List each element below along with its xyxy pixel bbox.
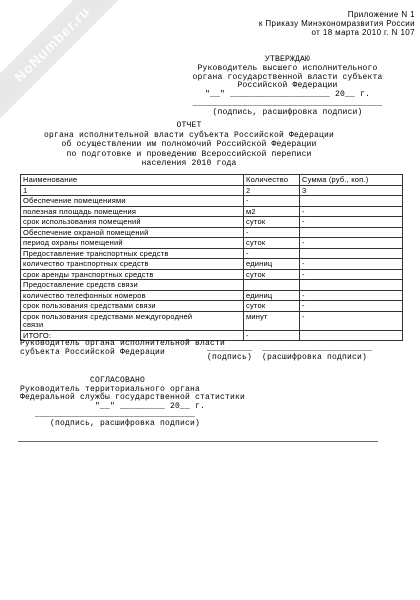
table-cell: - — [244, 227, 300, 238]
table-cell: срок пользования средствами междугородне… — [21, 311, 244, 330]
report-title-line: об осуществлении им полномочий Российско… — [0, 140, 378, 150]
report-table-body: НаименованиеКоличествоСумма (руб., коп.)… — [21, 175, 403, 341]
table-cell: суток — [244, 238, 300, 249]
table-cell: минут — [244, 311, 300, 330]
table-cell: - — [300, 217, 403, 228]
table-cell: - — [300, 206, 403, 217]
table-cell: Сумма (руб., коп.) — [300, 175, 403, 186]
table-cell: единиц — [244, 290, 300, 301]
table-row: 123 — [21, 185, 403, 196]
table-cell: - — [300, 311, 403, 330]
table-cell: - — [300, 259, 403, 270]
report-title-line: по подготовке и проведению Всероссийской… — [0, 150, 378, 160]
table-cell: Обеспечение охраной помещений — [21, 227, 244, 238]
signature-block-line: субъекта Российской Федерации — [20, 349, 225, 358]
table-cell: Предоставление транспортных средств — [21, 248, 244, 259]
report-title: ОТЧЕТоргана исполнительной власти субъек… — [0, 121, 378, 169]
table-cell — [300, 248, 403, 259]
table-row: количество транспортных средствединиц- — [21, 259, 403, 270]
table-cell: - — [300, 238, 403, 249]
table-cell: суток — [244, 269, 300, 280]
appendix-header-line: Приложение N 1 — [259, 10, 415, 19]
table-cell: - — [244, 248, 300, 259]
agreement-block-line: (подпись, расшифровка подписи) — [20, 420, 245, 429]
table-cell: Количество — [244, 175, 300, 186]
signature-sign-area-line: (подпись) (расшифровка подписи) — [207, 354, 372, 363]
table-cell — [300, 196, 403, 207]
table-cell: - — [244, 196, 300, 207]
table-cell: срок аренды транспортных средств — [21, 269, 244, 280]
table-header-row: НаименованиеКоличествоСумма (руб., коп.) — [21, 175, 403, 186]
table-cell: Предоставление средств связи — [21, 280, 244, 291]
table-row: срок пользования средствами междугородне… — [21, 311, 403, 330]
table-row: Предоставление средств связи — [21, 280, 403, 291]
table-cell: Обеспечение помещениями — [21, 196, 244, 207]
signature-sign-area: _________ ______________________(подпись… — [207, 345, 372, 363]
table-cell: суток — [244, 217, 300, 228]
table-cell — [300, 227, 403, 238]
table-cell: Наименование — [21, 175, 244, 186]
agreement-block: СОГЛАСОВАНОРуководитель территориального… — [20, 377, 245, 429]
table-cell: единиц — [244, 259, 300, 270]
table-cell: 1 — [21, 185, 244, 196]
table-cell — [244, 280, 300, 291]
table-cell: м2 — [244, 206, 300, 217]
table-cell: - — [300, 269, 403, 280]
approval-block-line: (подпись, расшифровка подписи) — [135, 109, 420, 118]
table-row: срок использования помещенийсуток- — [21, 217, 403, 228]
report-title-line: населения 2010 года — [0, 159, 378, 169]
report-table: НаименованиеКоличествоСумма (руб., коп.)… — [20, 174, 403, 341]
appendix-header: Приложение N 1к Приказу Минэкономразвити… — [259, 10, 415, 37]
table-row: Предоставление транспортных средств- — [21, 248, 403, 259]
appendix-header-line: к Приказу Минэкономразвития России — [259, 19, 415, 28]
table-row: полезная площадь помещениям2- — [21, 206, 403, 217]
table-cell: период охраны помещений — [21, 238, 244, 249]
table-cell: 2 — [244, 185, 300, 196]
table-cell: количество телефонных номеров — [21, 290, 244, 301]
table-row: Обеспечение охраной помещений- — [21, 227, 403, 238]
table-row: Обеспечение помещениями- — [21, 196, 403, 207]
table-cell: - — [300, 301, 403, 312]
approval-block: УТВЕРЖДАЮРуководитель высшего исполнител… — [135, 56, 420, 118]
table-cell: 3 — [300, 185, 403, 196]
report-title-line: органа исполнительной власти субъекта Ро… — [0, 131, 378, 141]
signature-block: Руководитель органа исполнительной власт… — [20, 340, 225, 358]
table-row: период охраны помещенийсуток- — [21, 238, 403, 249]
table-cell: - — [244, 330, 300, 341]
table-cell: срок пользования средствами связи — [21, 301, 244, 312]
appendix-header-line: от 18 марта 2010 г. N 107 — [259, 28, 415, 37]
table-cell: количество транспортных средств — [21, 259, 244, 270]
table-cell: срок использования помещений — [21, 217, 244, 228]
table-cell: полезная площадь помещения — [21, 206, 244, 217]
bottom-divider — [18, 441, 378, 442]
table-cell — [300, 330, 403, 341]
report-title-line: ОТЧЕТ — [0, 121, 378, 131]
table-cell: - — [300, 290, 403, 301]
table-row: срок пользования средствами связисуток- — [21, 301, 403, 312]
table-cell: суток — [244, 301, 300, 312]
table-cell — [300, 280, 403, 291]
document-page: NoNumber.ru Приложение N 1к Приказу Минэ… — [0, 0, 420, 600]
watermark-banner: NoNumber.ru — [0, 0, 134, 126]
table-row: количество телефонных номеровединиц- — [21, 290, 403, 301]
table-row: срок аренды транспортных средствсуток- — [21, 269, 403, 280]
